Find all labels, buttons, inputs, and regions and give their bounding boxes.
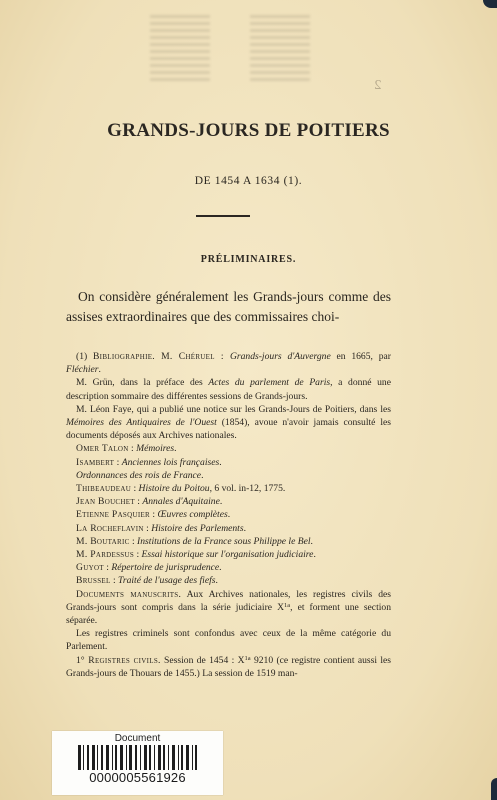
reference-item: Omer Talon : Mémoires. [66, 442, 391, 455]
civil-registers-label: Registres civils. [85, 655, 161, 666]
reference-item: Isambert : Anciennes lois françaises. [66, 456, 391, 469]
reference-item: Thibeaudeau : Histoire du Poitou, 6 vol.… [66, 482, 391, 495]
work-title: Essai historique sur l'organisation judi… [142, 549, 314, 560]
author-name: Jean Bouchet [76, 496, 135, 507]
work-title: Mémoires [136, 443, 174, 454]
bleed-through-page-number: 2 [374, 78, 382, 92]
work-title: Œuvres complètes [157, 509, 227, 520]
footnote-manuscripts: Documents manuscrits. Aux Archives natio… [66, 588, 391, 628]
reference-item: M. Pardessus : Essai historique sur l'or… [66, 548, 391, 561]
reference-tail: . [215, 575, 217, 586]
work-title: Traité de l'usage des fiefs [118, 575, 215, 586]
scanned-page: 2 GRANDS-JOURS DE POITIERS DE 1454 A 163… [0, 0, 497, 800]
work-title: Répertoire de jurisprudence [111, 562, 219, 573]
work-title: Mémoires des Antiquaires de l'Ouest [66, 417, 217, 428]
work-title: Histoire du Poitou [139, 483, 210, 494]
author-name: M. Pardessus [76, 549, 134, 560]
work-title: Actes du parlement de Paris [208, 377, 330, 388]
work-title: Institutions de la France sous Philippe … [137, 536, 310, 547]
footnote-text: M. Léon Faye, qui a publié une notice su… [76, 404, 391, 415]
list-number: 1° [76, 655, 85, 666]
author-name: Isambert [76, 457, 114, 468]
reference-tail: . [313, 549, 315, 560]
footnote-bibliography: (1) Bibliographie. M. Chéruel : Grands-j… [66, 350, 391, 376]
reference-tail: . [219, 457, 221, 468]
separator: : [111, 575, 118, 586]
reference-tail: . [311, 536, 313, 547]
footnote-text: . [99, 364, 101, 375]
footnote-text: par [379, 351, 391, 362]
separator: : [129, 443, 136, 454]
work-title: Annales d'Aquitaine [142, 496, 219, 507]
barcode-title: Document [52, 733, 223, 744]
page-title: GRANDS-JOURS DE POITIERS [0, 120, 497, 142]
reference-tail: . [219, 562, 221, 573]
footnote-text: Session de 1454 : X [161, 655, 245, 666]
intro-paragraph: On considère généralement les Grands-jou… [66, 287, 391, 327]
footnote-criminal: Les registres criminels sont confondus a… [66, 627, 391, 653]
separator: : [134, 549, 141, 560]
reference-tail: . [228, 509, 230, 520]
separator: : [130, 536, 137, 547]
bleed-through-text-left [150, 15, 210, 83]
work-title: Fléchier [66, 364, 99, 375]
author-name: M. Chéruel : [155, 351, 230, 362]
reference-item: La Rocheflavin : Histoire des Parlements… [66, 522, 391, 535]
section-heading: PRÉLIMINAIRES. [0, 254, 497, 265]
footnote-faye: M. Léon Faye, qui a publié une notice su… [66, 403, 391, 443]
footnote-marker: (1) [76, 351, 93, 362]
barcode-label: Document 0000005561926 [52, 731, 223, 795]
barcode-number: 0000005561926 [52, 770, 223, 785]
reference-tail: . [220, 496, 222, 507]
reference-item: Etienne Pasquier : Œuvres complètes. [66, 508, 391, 521]
bibliography-label: Bibliographie. [93, 351, 155, 362]
author-name: Brussel [76, 575, 111, 586]
author-name: La Rocheflavin [76, 523, 144, 534]
barcode-icon [78, 745, 198, 770]
intro-line-1: On considère généralement les Grands-jou… [78, 289, 368, 304]
work-title: Histoire des Parlements [151, 523, 243, 534]
reference-item: Ordonnances des rois de France. [66, 469, 391, 482]
reference-item: Guyot : Répertoire de jurisprudence. [66, 561, 391, 574]
work-title: Ordonnances des rois de France [76, 470, 201, 481]
reference-item: Brussel : Traité de l'usage des fiefs. [66, 574, 391, 587]
footnote-text: M. Grün, dans la préface des [76, 377, 208, 388]
title-divider [196, 215, 250, 217]
reference-tail: . [201, 470, 203, 481]
author-name: Thibeaudeau [76, 483, 131, 494]
manuscripts-label: Documents manuscrits. [76, 589, 181, 600]
author-name: Etienne Pasquier [76, 509, 150, 520]
author-name: Omer Talon [76, 443, 129, 454]
reference-tail: . [174, 443, 176, 454]
reference-tail: , 6 vol. in-12, 1775. [210, 483, 286, 494]
work-title: Anciennes lois françaises [122, 457, 220, 468]
reference-item: M. Boutaric : Institutions de la France … [66, 535, 391, 548]
reference-tail: . [244, 523, 246, 534]
footnote-grun: M. Grün, dans la préface des Actes du pa… [66, 376, 391, 402]
reference-item: Jean Bouchet : Annales d'Aquitaine. [66, 495, 391, 508]
scan-edge-bottom-right [491, 778, 497, 800]
scan-edge-top-right [483, 0, 497, 8]
work-title: Grands-jours d'Auvergne [230, 351, 331, 362]
footnote-civil-registers: 1° Registres civils. Session de 1454 : X… [66, 654, 391, 680]
footnote-text: en 1665, [331, 351, 373, 362]
page-subtitle: DE 1454 A 1634 (1). [0, 175, 497, 187]
footnote-text: Les registres criminels sont confondus a… [66, 628, 391, 652]
separator: : [114, 457, 121, 468]
author-name: M. Boutaric [76, 536, 130, 547]
author-name: Guyot [76, 562, 104, 573]
bleed-through-text-right [250, 15, 310, 83]
separator: : [131, 483, 138, 494]
footnotes: (1) Bibliographie. M. Chéruel : Grands-j… [66, 350, 391, 680]
